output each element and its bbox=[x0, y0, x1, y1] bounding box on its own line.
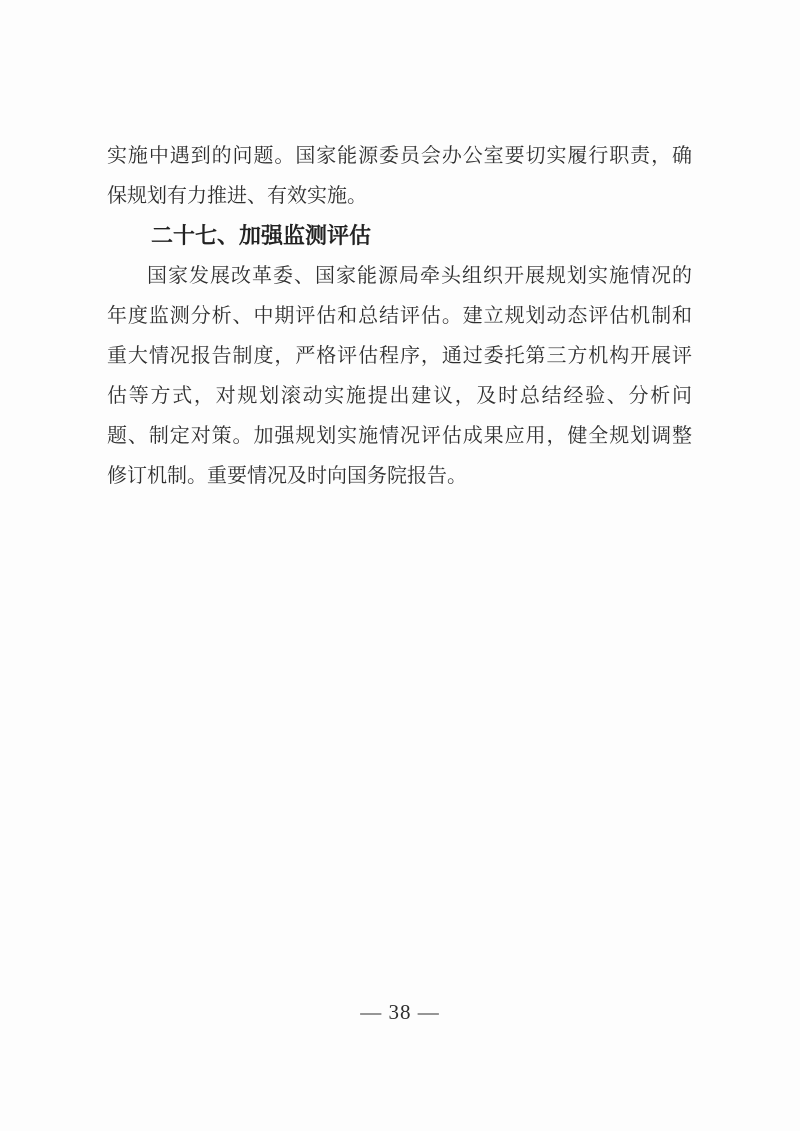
body-text-line: 重大情况报告制度，严格评估程序，通过委托第三方机构开展评 bbox=[107, 336, 692, 376]
page-number: — 38 — bbox=[360, 1000, 440, 1024]
body-text-line: 保规划有力推进、有效实施。 bbox=[107, 176, 692, 216]
section-heading: 二十七、加强监测评估 bbox=[107, 216, 692, 256]
page-footer: — 38 — bbox=[0, 1000, 800, 1025]
document-page: 实施中遇到的问题。国家能源委员会办公室要切实履行职责，确 保规划有力推进、有效实… bbox=[0, 0, 800, 1131]
body-text-line: 实施中遇到的问题。国家能源委员会办公室要切实履行职责，确 bbox=[107, 136, 692, 176]
body-text-line: 估等方式，对规划滚动实施提出建议，及时总结经验、分析问 bbox=[107, 376, 692, 416]
body-text-line: 题、制定对策。加强规划实施情况评估成果应用，健全规划调整 bbox=[107, 416, 692, 456]
body-text-line: 年度监测分析、中期评估和总结评估。建立规划动态评估机制和 bbox=[107, 296, 692, 336]
document-body: 实施中遇到的问题。国家能源委员会办公室要切实履行职责，确 保规划有力推进、有效实… bbox=[107, 136, 692, 496]
body-text-line: 国家发展改革委、国家能源局牵头组织开展规划实施情况的 bbox=[107, 256, 692, 296]
body-text-line: 修订机制。重要情况及时向国务院报告。 bbox=[107, 456, 692, 496]
